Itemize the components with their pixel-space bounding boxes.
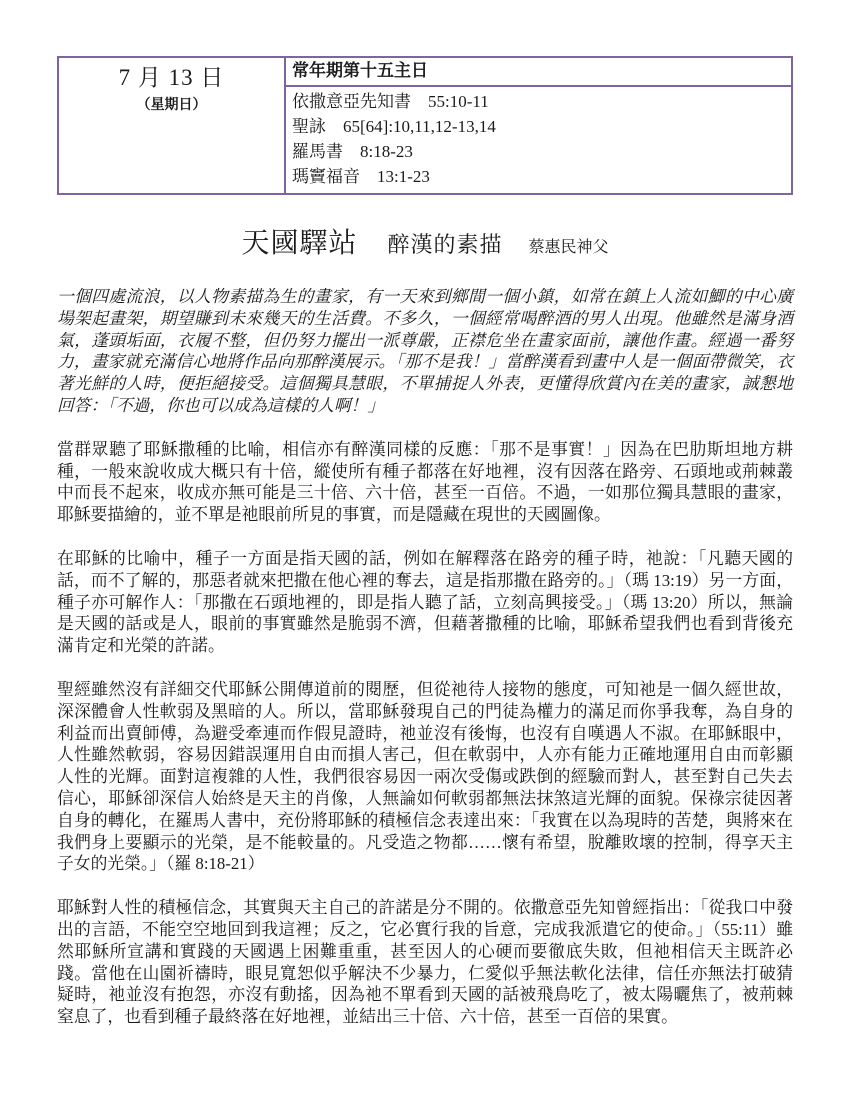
feast-title: 常年期第十五主日	[285, 57, 792, 86]
weekday-text: （星期日）	[60, 94, 283, 114]
article-title-subtitle: 醉漢的素描	[387, 232, 502, 257]
liturgy-header-table: 7 月 13 日 （星期日） 常年期第十五主日 依撒意亞先知書 55:10-11…	[57, 56, 793, 195]
reading-item: 聖詠 65[64]:10,11,12-13,14	[292, 114, 785, 139]
document-page: 7 月 13 日 （星期日） 常年期第十五主日 依撒意亞先知書 55:10-11…	[0, 0, 850, 1100]
date-cell: 7 月 13 日 （星期日）	[58, 57, 285, 194]
paragraph-3: 在耶穌的比喻中，種子一方面是指天國的話，例如在解釋落在路旁的種子時，祂說：「凡聽…	[57, 548, 793, 657]
article-body: 一個四處流浪，以人物素描為生的畫家，有一天來到鄉間一個小鎮，如常在鎮上人流如鯽的…	[57, 286, 793, 1028]
paragraph-2: 當群眾聽了耶穌撒種的比喻，相信亦有醉漢同樣的反應：「那不是事實！」因為在巴肋斯坦…	[57, 439, 793, 526]
reading-item: 羅馬書 8:18-23	[292, 139, 785, 164]
article-title-main: 天國驛站	[241, 228, 357, 259]
readings-cell: 依撒意亞先知書 55:10-11 聖詠 65[64]:10,11,12-13,1…	[285, 86, 792, 194]
paragraph-5: 耶穌對人性的積極信念，其實與天主自己的許諾是分不開的。依撒意亞先知曾經指出：「從…	[57, 897, 793, 1028]
reading-item: 依撒意亞先知書 55:10-11	[292, 89, 785, 114]
reading-item: 瑪竇福音 13:1-23	[292, 164, 785, 189]
date-text: 7 月 13 日	[60, 63, 283, 93]
paragraph-1-story: 一個四處流浪，以人物素描為生的畫家，有一天來到鄉間一個小鎮，如常在鎮上人流如鯽的…	[57, 286, 793, 417]
article-title: 天國驛站 醉漢的素描 蔡惠民神父	[57, 221, 793, 261]
article-author: 蔡惠民神父	[529, 239, 609, 256]
paragraph-4: 聖經雖然沒有詳細交代耶穌公開傳道前的閱歷，但從祂待人接物的態度，可知祂是一個久經…	[57, 679, 793, 875]
